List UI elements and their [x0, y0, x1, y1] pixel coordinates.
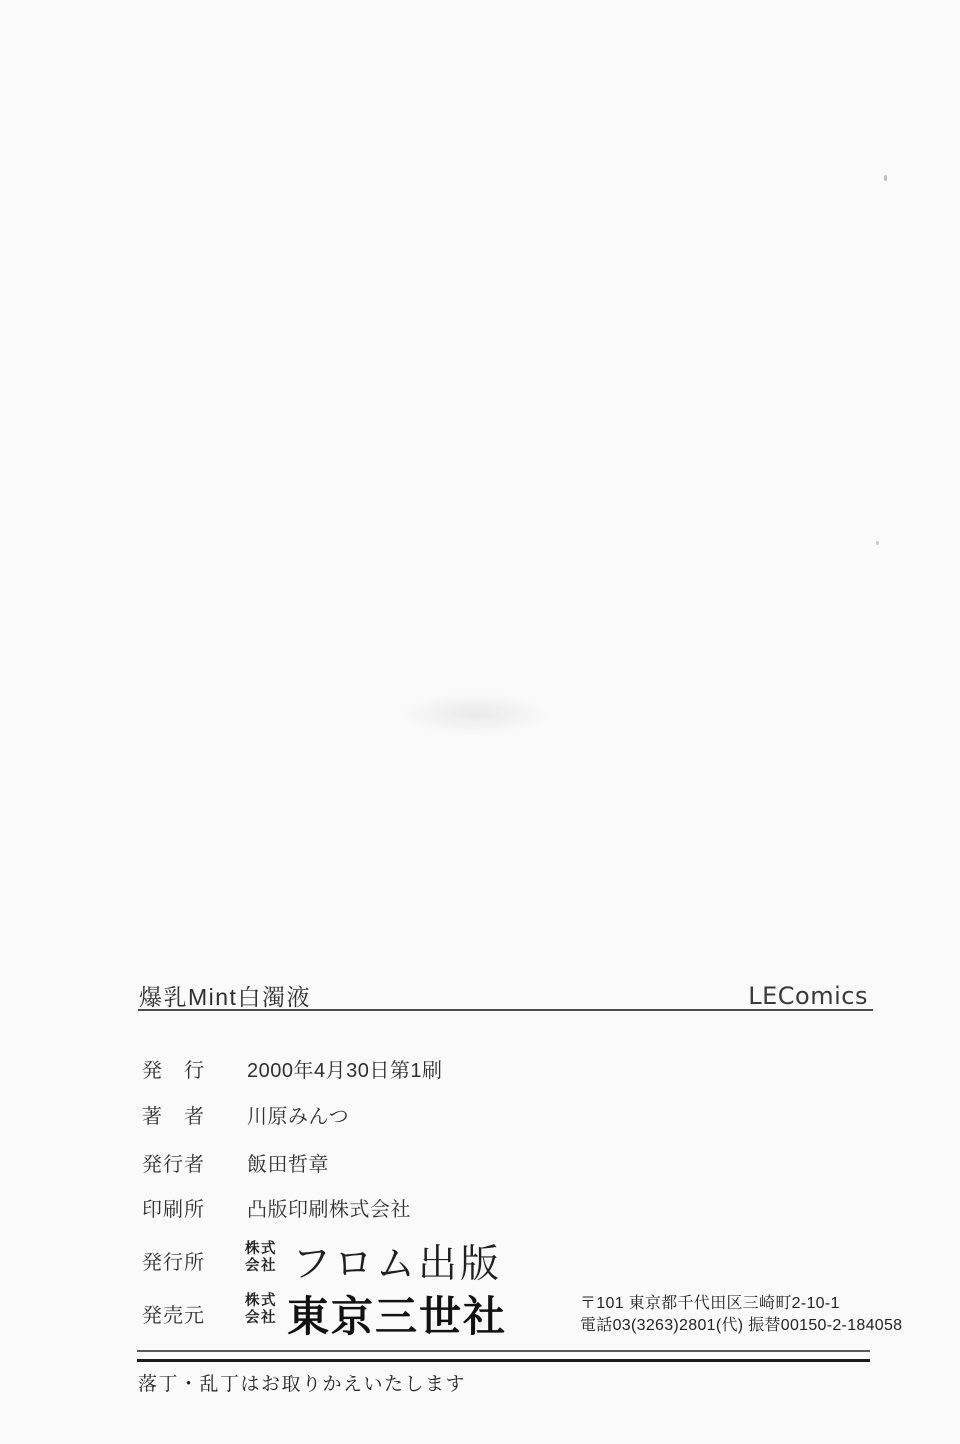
label-distributor: 発売元	[142, 1299, 205, 1328]
value-printer-name: 凸版印刷株式会社	[247, 1193, 411, 1222]
corp-prefix-publisher: 株式 会社	[245, 1241, 277, 1274]
label-published: 発 行	[142, 1054, 205, 1083]
scan-speck	[876, 541, 879, 545]
corp-prefix-top: 株式	[245, 1293, 277, 1310]
contact-address: 〒101 東京都千代田区三崎町2-10-1	[580, 1293, 902, 1315]
value-author-name: 川原みんつ	[247, 1100, 349, 1129]
footer-rule-thick	[137, 1359, 870, 1362]
corp-prefix-bottom: 会社	[245, 1258, 277, 1275]
scan-speck	[884, 175, 887, 181]
scan-smudge	[400, 693, 550, 735]
label-author: 著 者	[142, 1100, 205, 1129]
label-publishing-house: 発行所	[142, 1246, 205, 1275]
footer-note: 落丁・乱丁はお取りかえいたします	[138, 1369, 466, 1396]
book-title: 爆乳Mint白濁液	[139, 979, 311, 1012]
value-publisher-person-name: 飯田哲章	[247, 1148, 329, 1177]
distributor-name: 東京三世社	[287, 1284, 507, 1344]
contact-block: 〒101 東京都千代田区三崎町2-10-1 電話03(3263)2801(代) …	[580, 1293, 902, 1337]
contact-phone: 電話03(3263)2801(代) 振替00150-2-184058	[580, 1315, 902, 1337]
label-printer: 印刷所	[142, 1193, 205, 1222]
colophon-page: 爆乳Mint白濁液 LEComics 発 行 2000年4月30日第1刷 著 者…	[0, 0, 960, 1444]
corp-prefix-distributor: 株式 会社	[245, 1293, 277, 1326]
header-rule	[138, 1009, 873, 1011]
label-publisher-person: 発行者	[142, 1148, 205, 1177]
footer-rule-thin	[137, 1350, 870, 1352]
corp-prefix-top: 株式	[245, 1241, 277, 1258]
imprint-logo: LEComics	[748, 982, 868, 1010]
corp-prefix-bottom: 会社	[245, 1310, 277, 1327]
value-published-date: 2000年4月30日第1刷	[247, 1054, 442, 1083]
publishing-house-name: フロム出版	[292, 1233, 502, 1289]
